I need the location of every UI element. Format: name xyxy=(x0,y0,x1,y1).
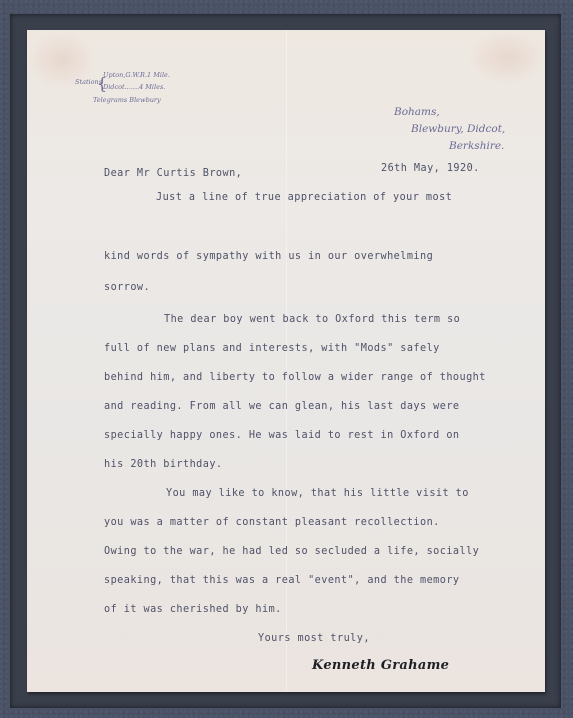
address-line-3: Berkshire. xyxy=(449,140,504,152)
telegrams-line: Telegrams Blewbury xyxy=(93,96,161,104)
address-line-2: Blewbury, Didcot, xyxy=(411,123,505,135)
body-line: kind words of sympathy with us in our ov… xyxy=(104,251,433,262)
body-line: full of new plans and interests, with "M… xyxy=(104,343,440,354)
body-line: You may like to know, that his little vi… xyxy=(166,488,469,499)
body-line: his 20th birthday. xyxy=(104,459,223,470)
paper-stain xyxy=(467,30,547,85)
brace-icon: { xyxy=(97,74,107,93)
letter-date: 26th May, 1920. xyxy=(381,163,480,174)
body-line: sorrow. xyxy=(104,282,150,293)
body-line: Just a line of true appreciation of your… xyxy=(156,192,452,203)
salutation: Dear Mr Curtis Brown, xyxy=(104,168,242,179)
body-line: you was a matter of constant pleasant re… xyxy=(104,517,440,528)
body-line: speaking, that this was a real "event", … xyxy=(104,575,460,586)
address-line-1: Bohams, xyxy=(394,106,440,118)
body-line: and reading. From all we can glean, his … xyxy=(104,401,460,412)
body-line: behind him, and liberty to follow a wide… xyxy=(104,372,486,383)
closing: Yours most truly, xyxy=(258,633,370,644)
body-line: of it was cherished by him. xyxy=(104,604,282,615)
body-line: Owing to the war, he had led so secluded… xyxy=(104,546,479,557)
station-didcot: Didcot.......4 Miles. xyxy=(103,83,165,91)
signature: Kenneth Grahame xyxy=(312,658,449,673)
body-line: The dear boy went back to Oxford this te… xyxy=(164,314,460,325)
station-upton: Upton,G.W.R.1 Mile. xyxy=(103,71,170,79)
body-line: specially happy ones. He was laid to res… xyxy=(104,430,460,441)
paper-crease xyxy=(286,30,287,692)
